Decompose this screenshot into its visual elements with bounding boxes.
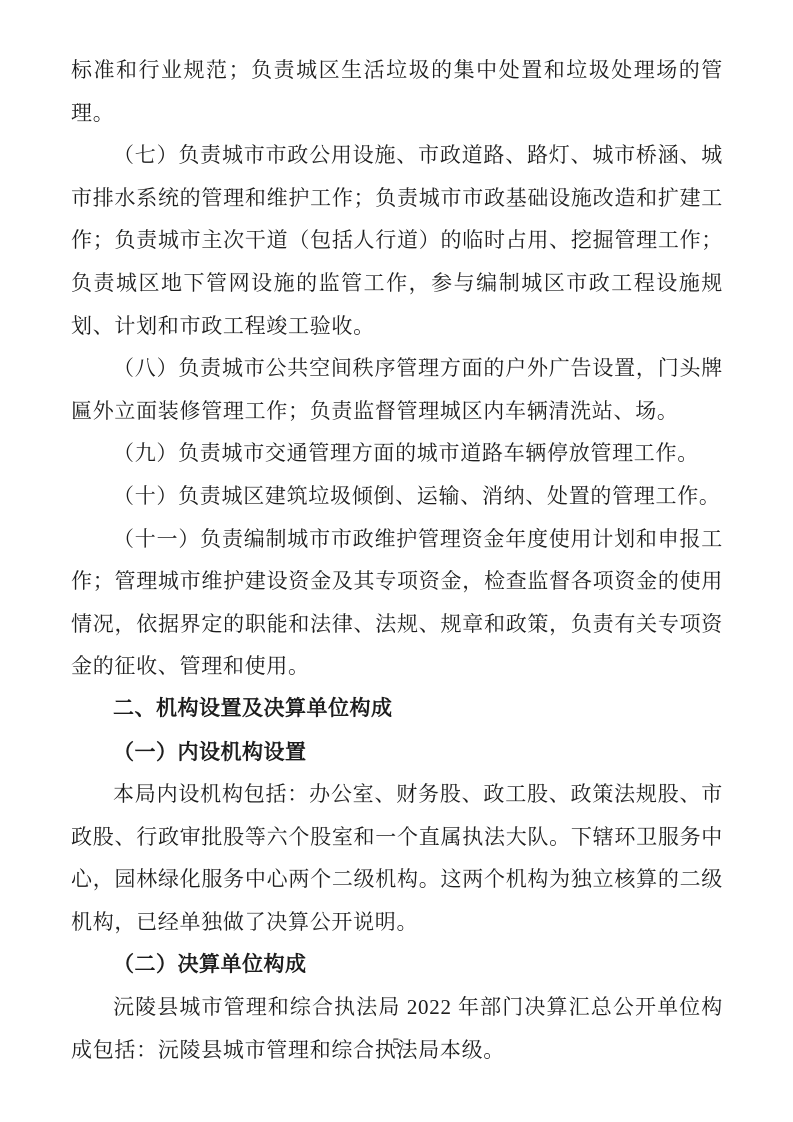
paragraph-duty-10: （十）负责城区建筑垃圾倾倒、运输、消纳、处置的管理工作。 <box>71 475 723 518</box>
paragraph-unit-composition: 沅陵县城市管理和综合执法局 2022 年部门决算汇总公开单位构成包括：沅陵县城市… <box>71 986 723 1071</box>
document-page: 标准和行业规范；负责城区生活垃圾的集中处置和垃圾处理场的管理。 （七）负责城市市… <box>0 0 793 1122</box>
section-heading-organization: 二、机构设置及决算单位构成 <box>71 688 723 731</box>
paragraph-internal-structure: 本局内设机构包括：办公室、财务股、政工股、政策法规股、市政股、行政审批股等六个股… <box>71 773 723 943</box>
paragraph-duty-9: （九）负责城市交通管理方面的城市道路车辆停放管理工作。 <box>71 432 723 475</box>
paragraph-duty-7: （七）负责城市市政公用设施、市政道路、路灯、城市桥涵、城市排水系统的管理和维护工… <box>71 134 723 347</box>
page-number: - 5 - <box>0 1036 793 1053</box>
paragraph-duty-11: （十一）负责编制城市市政维护管理资金年度使用计划和申报工作；管理城市维护建设资金… <box>71 518 723 688</box>
paragraph-continued-from-previous-page: 标准和行业规范；负责城区生活垃圾的集中处置和垃圾处理场的管理。 <box>71 49 723 134</box>
subsection-heading-internal-structure: （一）内设机构设置 <box>71 731 723 774</box>
subsection-heading-unit-composition: （二）决算单位构成 <box>71 943 723 986</box>
document-body: 标准和行业规范；负责城区生活垃圾的集中处置和垃圾处理场的管理。 （七）负责城市市… <box>71 49 723 1071</box>
paragraph-duty-8: （八）负责城市公共空间秩序管理方面的户外广告设置，门头牌匾外立面装修管理工作；负… <box>71 347 723 432</box>
